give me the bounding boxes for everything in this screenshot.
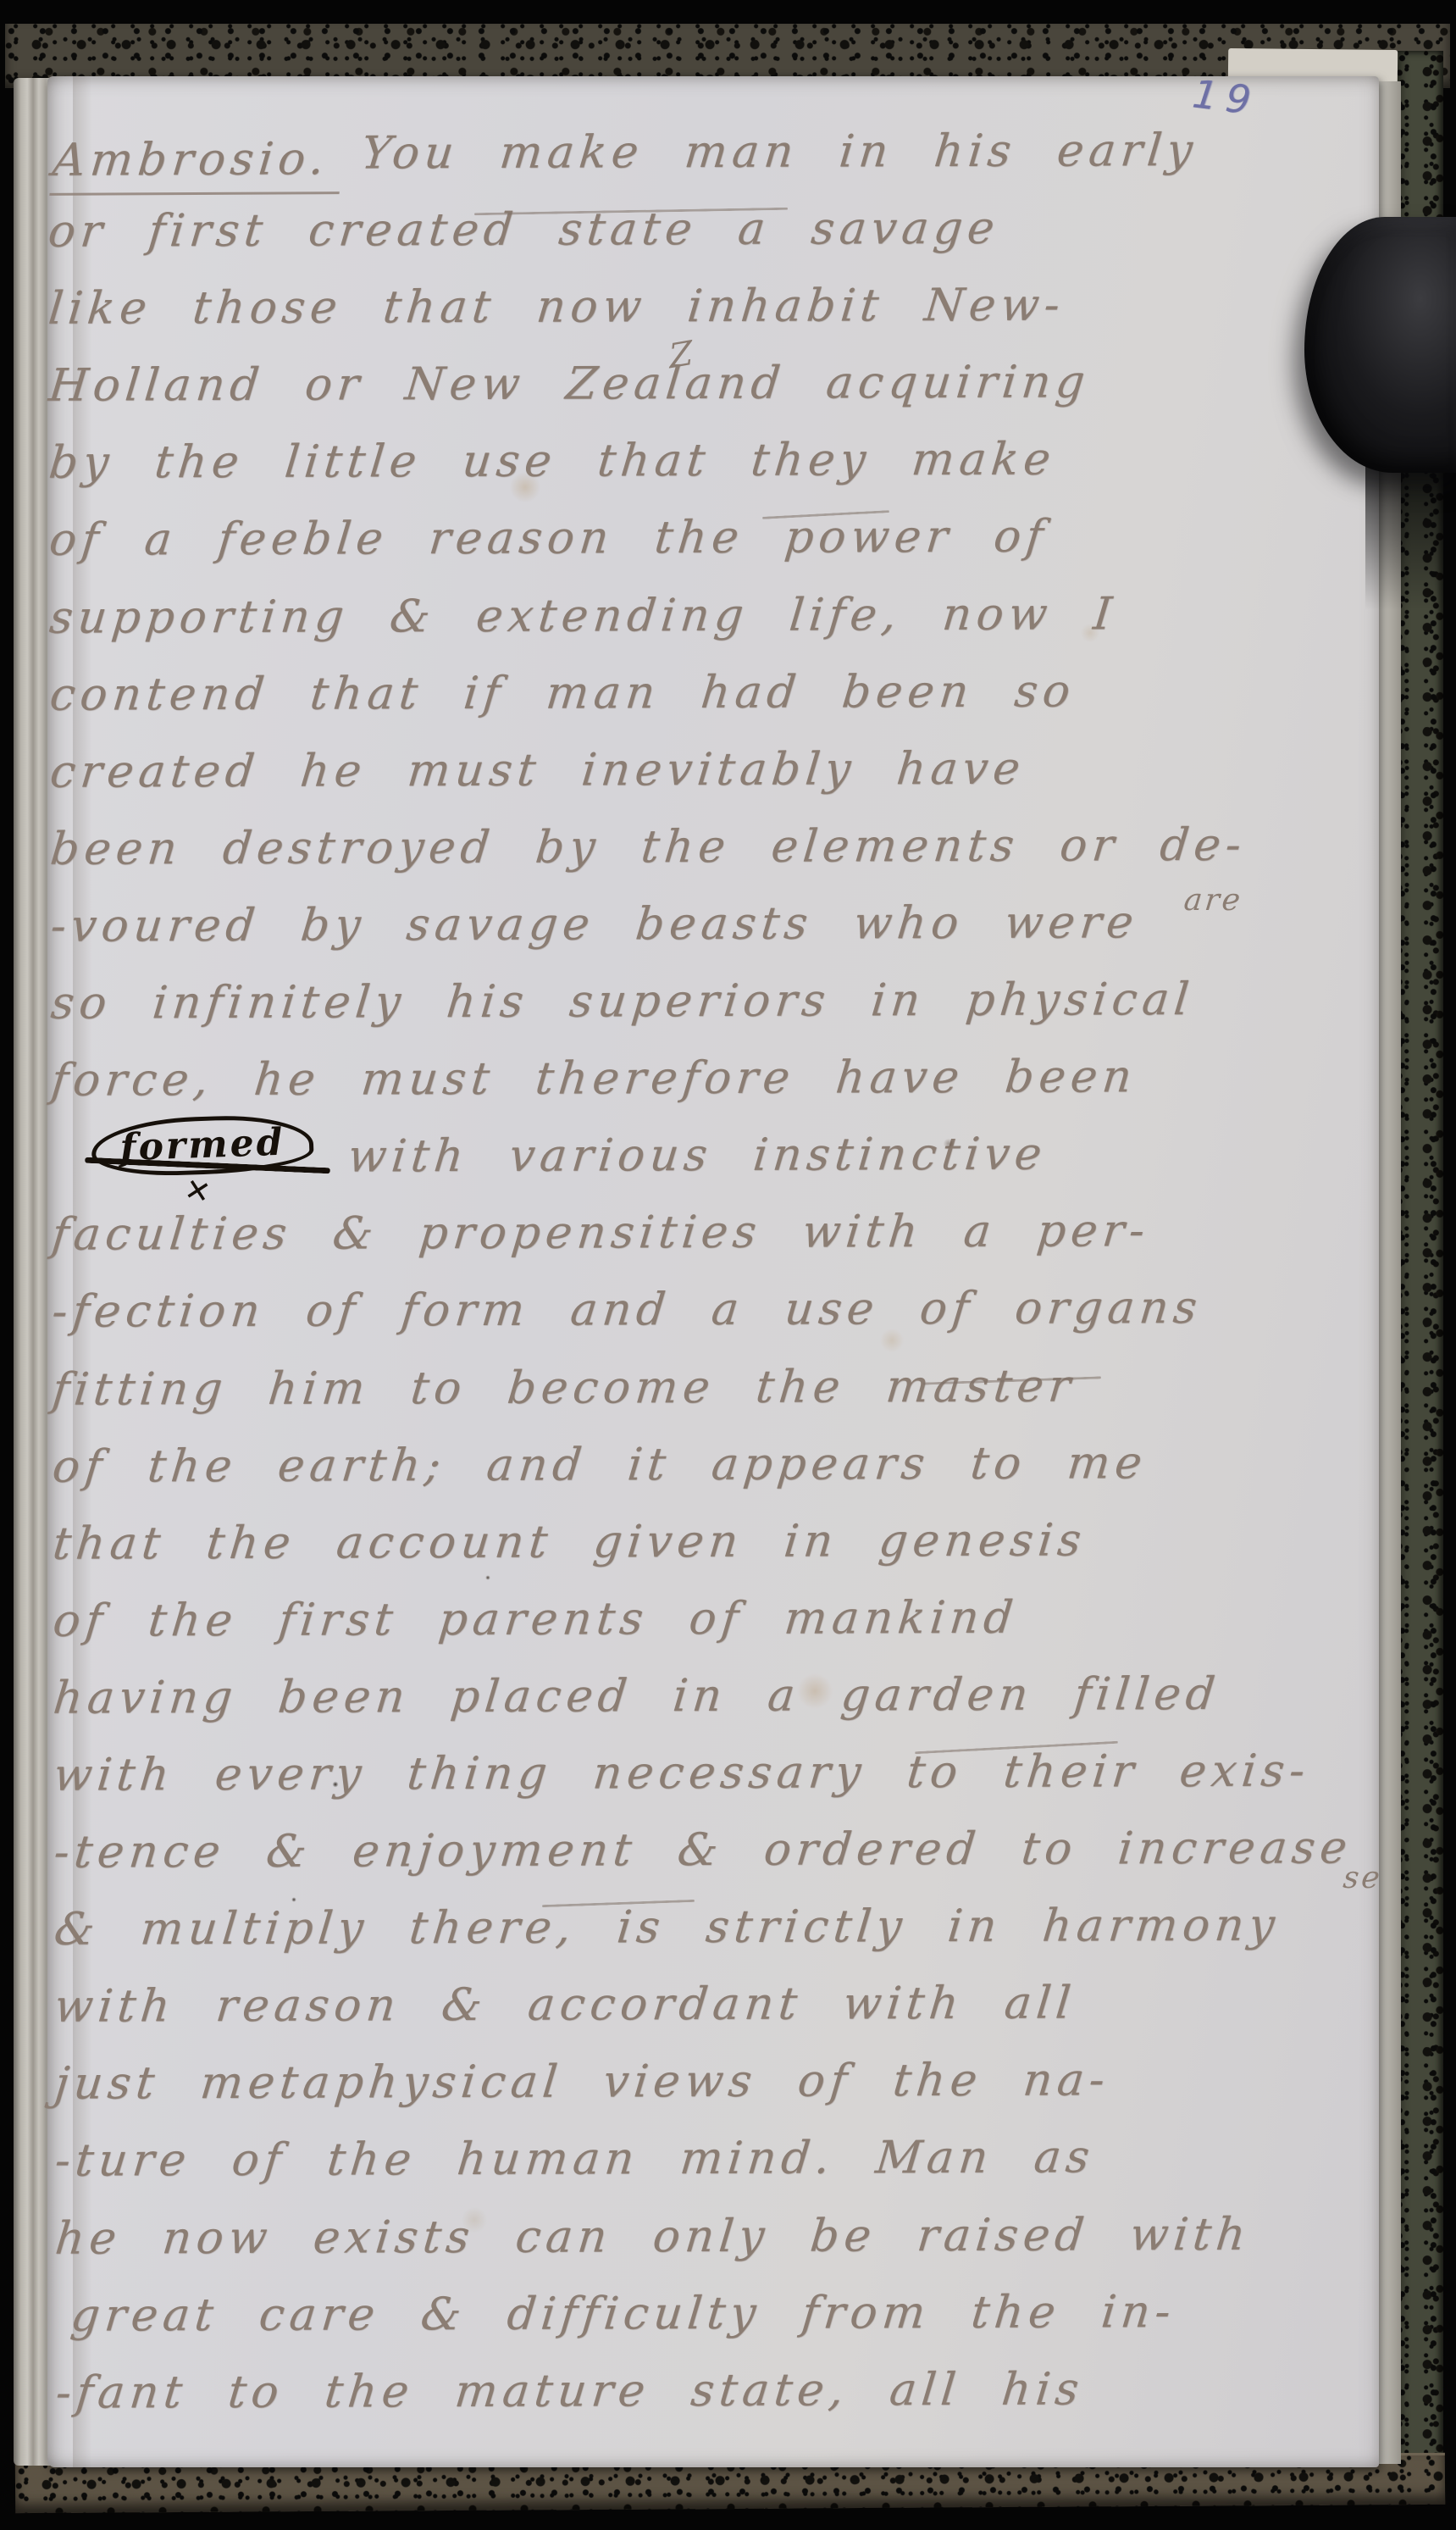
- manuscript-line: faculties & propensities with a per-: [47, 1205, 1381, 1287]
- manuscript-line: contend that if man had been so: [45, 664, 1379, 746]
- manuscript-line: You make man in his early: [357, 124, 1377, 204]
- manuscript-line: just metaphysical views of the na-: [50, 2054, 1384, 2136]
- manuscript-line: he now exists can only be raised with: [50, 2208, 1384, 2290]
- manuscript-line: so infinitely his superiors in physical: [46, 973, 1380, 1055]
- manuscript-line: with every thing necessary to their exis…: [48, 1745, 1382, 1827]
- manuscript-line: like those that now inhabit New-: [43, 278, 1377, 360]
- manuscript-line: or first created state a savage: [43, 201, 1377, 283]
- page-number: 19: [1190, 70, 1262, 124]
- correction-are: are: [1182, 883, 1244, 918]
- manuscript-line: been destroyed by the elements or de-: [46, 818, 1380, 901]
- clasp-shadow: [1365, 458, 1450, 610]
- manuscript-line: created he must inevitably have: [45, 741, 1379, 824]
- manuscript-line: with reason & accordant with all: [49, 1976, 1383, 2058]
- manuscript-line: of the first parents of mankind: [48, 1590, 1382, 1673]
- manuscript-line: of the earth; and it appears to me: [47, 1436, 1381, 1518]
- manuscript-line: great care & difficulty from the in-: [66, 2285, 1385, 2367]
- manuscript-photo: 19 Ambrosio. You make man in his earlyor…: [0, 0, 1456, 2530]
- manuscript-line: supporting & extending life, now I: [45, 587, 1379, 669]
- manuscript-line: fitting him to become the master: [47, 1359, 1381, 1441]
- manuscript-line: -fant to the mature state, all his: [51, 2362, 1385, 2444]
- manuscript-line: with various instinctive: [343, 1127, 1381, 1207]
- manuscript-line: -fection of form and a use of organs: [47, 1282, 1381, 1364]
- manuscript-line: -voured by savage beasts who were: [46, 896, 1380, 978]
- manuscript-line: of a feeble reason the power of: [44, 510, 1378, 592]
- manuscript-line: -ture of the human mind. Man as: [50, 2131, 1384, 2213]
- manuscript-line: Holland or New Zealand acquiring: [44, 356, 1378, 438]
- manuscript-line: having been placed in a garden filled: [48, 1667, 1382, 1750]
- manuscript-line: -tence & enjoyment & ordered to increase: [49, 1822, 1383, 1904]
- correction-se: se: [1342, 1861, 1384, 1895]
- manuscript-line: & multiply there, is strictly in harmony: [49, 1899, 1383, 1981]
- manuscript-line: that the account given in genesis: [47, 1513, 1381, 1595]
- manuscript-lines: You make man in his earlyor first create…: [47, 124, 1381, 2450]
- manuscript-line: by the little use that they make: [44, 433, 1378, 515]
- correction-z: Z: [667, 334, 696, 377]
